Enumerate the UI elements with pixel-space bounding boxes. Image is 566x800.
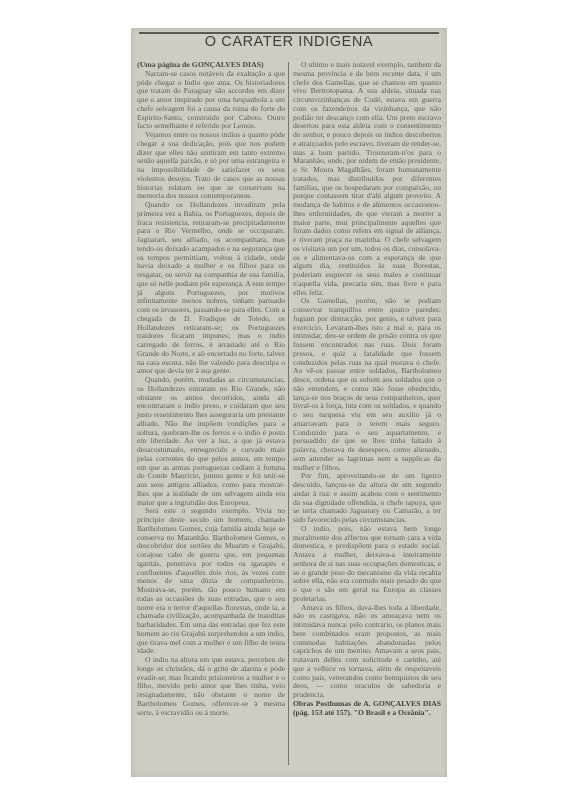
source-citation: Obras Posthumas de A. GONÇALVES DIAS (pá… — [293, 700, 441, 718]
paragraph: O indio, pois, não estava bem longe mora… — [293, 525, 441, 604]
column-divider — [288, 62, 289, 765]
paragraph: Os Gamellas, porém, não se podiam conser… — [293, 297, 441, 472]
paragraph: Narram-se casos notáveis da exaltação a … — [137, 70, 285, 131]
paragraph: Por fim, aproveitando-se de um ligeiro d… — [293, 472, 441, 525]
paragraph: Amava os filhos, dava-lhes toda a liberd… — [293, 604, 441, 700]
paragraph: Vejamos entre os nossos indios a quanto … — [137, 131, 285, 201]
paragraph: Será este o segundo exemplo. Vivia no pr… — [137, 507, 285, 656]
left-column: (Uma página de GONÇALVES DIAS) Narram-se… — [137, 61, 285, 717]
newspaper-clipping: O CARATER INDIGENA (Uma página de GONÇAL… — [131, 28, 447, 777]
paragraph: Quando os Hollandezes invadiram pela pri… — [137, 201, 285, 376]
paragraph: O ultimo e mais notavel exemplo, tambem … — [293, 61, 441, 297]
paragraph: Quando, porém, mudadas as circumstancias… — [137, 376, 285, 507]
paragraph: O indio na altura em que estava, percebe… — [137, 656, 285, 717]
article-headline: O CARATER INDIGENA — [131, 34, 447, 50]
right-column: O ultimo e mais notavel exemplo, tambem … — [293, 61, 441, 717]
